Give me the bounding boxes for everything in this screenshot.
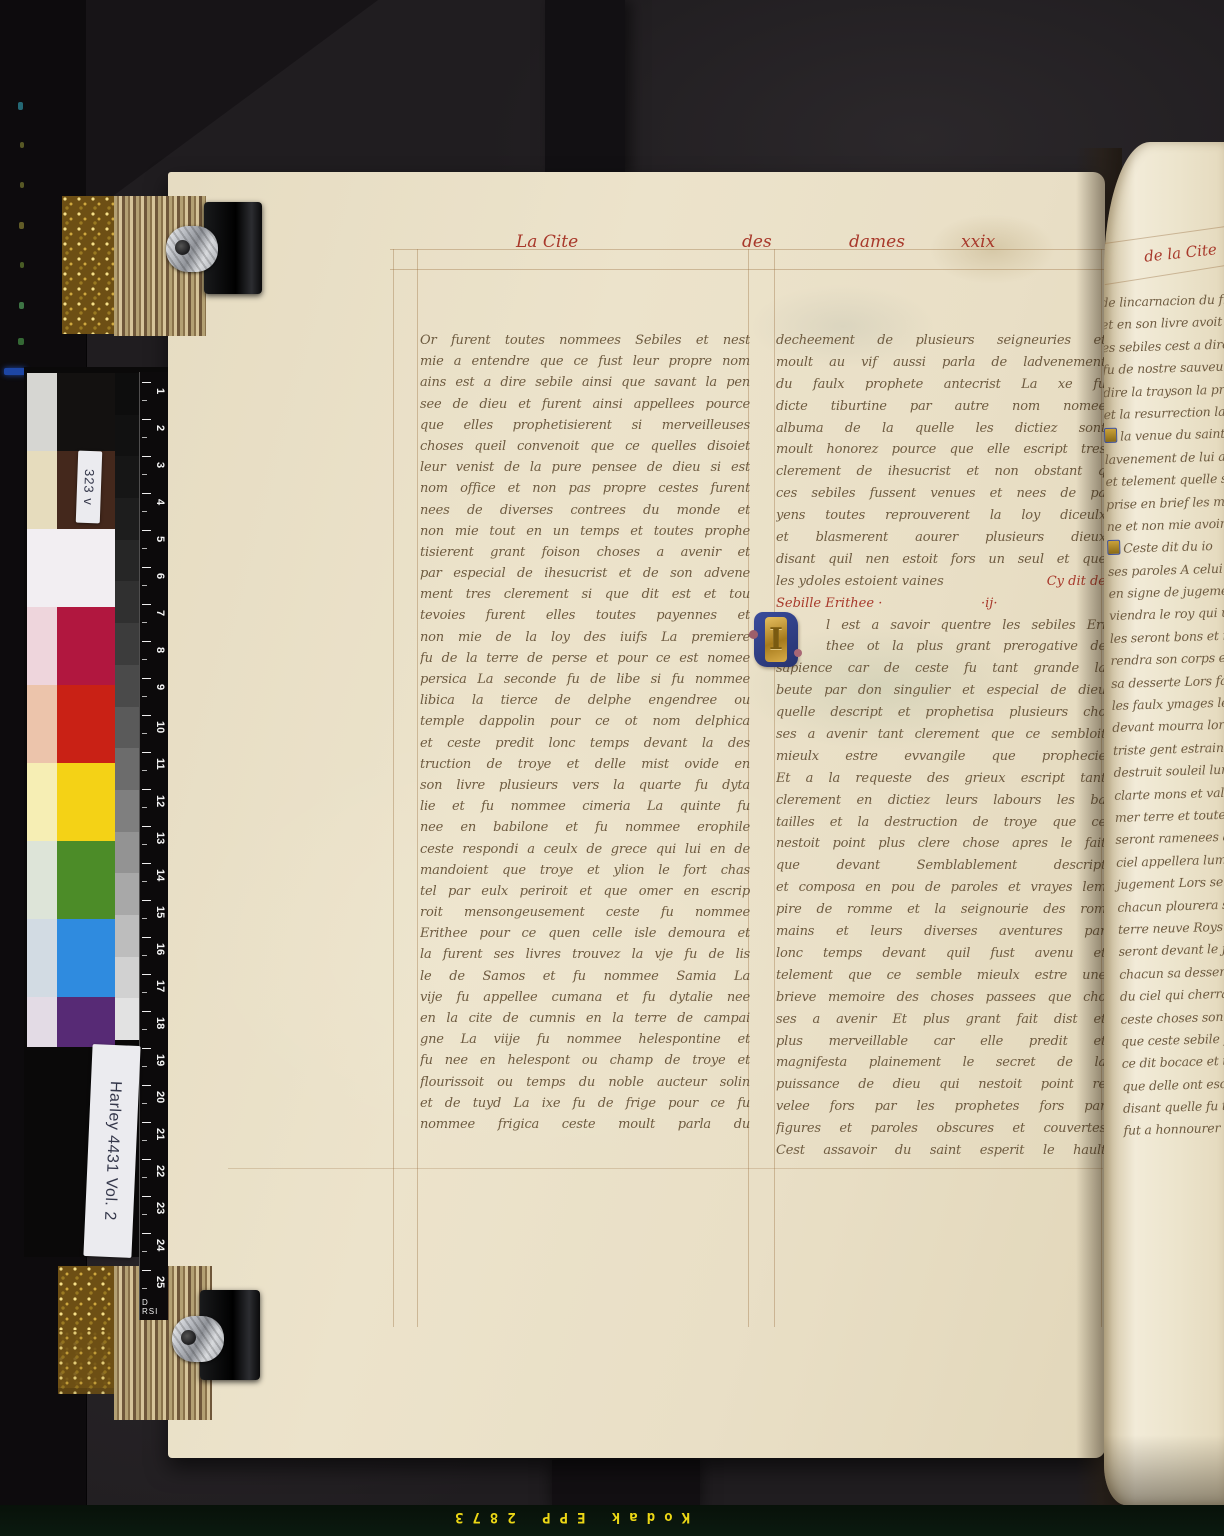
paragraph-indented-lines: l est a savoir quentre les sebiles Erith… bbox=[776, 615, 1105, 659]
ruler-tick-unit: 18 bbox=[140, 1011, 168, 1048]
illuminated-initial-I: I bbox=[754, 612, 798, 667]
text-line: et composa en pou de paroles et vrayes l… bbox=[776, 877, 1105, 899]
text-line-fragment: dire la trayson la prise les m bbox=[1104, 380, 1224, 400]
ruler-tick-unit: 22 bbox=[140, 1159, 168, 1196]
ruler-tick-unit: 13 bbox=[140, 826, 168, 863]
text-line-fragment: chacun sa desserte feu d bbox=[1119, 962, 1224, 981]
grayscale-step bbox=[115, 832, 139, 874]
text-line: tisierent grant foison choses a avenir e… bbox=[420, 542, 750, 563]
text-line-fragment: et la resurrection la vi bbox=[1104, 403, 1224, 422]
text-line: seront devant le juge bbox=[1118, 937, 1224, 963]
text-line-fragment: de lincarnacion du filz de dieu bbox=[1104, 290, 1224, 310]
film-edge-marking bbox=[20, 142, 24, 148]
text-line: telement que ce semble mieulx estre une bbox=[776, 965, 1105, 987]
text-line: sa desserte Lors faudront bbox=[1111, 669, 1224, 695]
color-patch-pastel bbox=[27, 373, 57, 451]
text-line: gne La viije fu nommee helespontine et bbox=[420, 1029, 750, 1050]
ruler-tick-unit: 11 bbox=[140, 752, 168, 789]
color-patch-saturated bbox=[57, 373, 115, 451]
text-line-fragment: viendra le roy qui ungeint te bbox=[1109, 604, 1224, 624]
chapter-paragraph: I l est a savoir quentre les sebiles Eri… bbox=[776, 615, 1105, 1162]
text-line: Ceste dit du io bbox=[1107, 534, 1224, 560]
text-line-fragment: ses paroles A celui tre bbox=[1108, 560, 1224, 579]
text-line: beute par don singulier et especial de d… bbox=[776, 680, 1105, 702]
text-line: ses a avenir tant clerement que ce sembl… bbox=[776, 724, 1105, 746]
film-edge-marking bbox=[18, 102, 23, 110]
ruler-tick-unit: 20 bbox=[140, 1085, 168, 1122]
film-edge-marking bbox=[20, 262, 24, 268]
text-line: mandoient que troye et ylion le fort cha… bbox=[420, 860, 750, 881]
color-patch-row bbox=[27, 373, 115, 451]
kodak-film-strip: Kodak EPP 2873 bbox=[0, 1505, 1224, 1536]
text-line-fragment: sa desserte Lors faudront bbox=[1111, 671, 1224, 690]
text-line: fu de la terre de perse et pour ce est n… bbox=[420, 648, 750, 669]
ruler-number: 19 bbox=[154, 1054, 166, 1066]
ruler-tick-unit: 3 bbox=[140, 456, 168, 493]
text-line: mie a entendre que ce fust leur propre n… bbox=[420, 351, 750, 372]
text-line: fu nee en helespont ou champ de troye et bbox=[420, 1050, 750, 1071]
grayscale-step bbox=[115, 790, 139, 832]
text-line: ne et non mie avoir pres bbox=[1106, 512, 1224, 538]
film-edge-marking bbox=[20, 182, 24, 188]
text-line: dicte tiburtine par autre nom nomee bbox=[776, 396, 1105, 418]
text-line: ceste respondi a ceulx de grece qui lui … bbox=[420, 839, 750, 860]
rubric-heading-text: Sebille Erithee · bbox=[776, 596, 882, 611]
color-patch-saturated bbox=[57, 919, 115, 997]
color-patch-row bbox=[27, 763, 115, 841]
text-line-fragment: rendra son corps et chacun a bbox=[1110, 648, 1224, 668]
text-line: et ceste predit lonc temps devant la des bbox=[420, 733, 750, 754]
text-line-fragment: seront ramenees a esgale bbox=[1115, 828, 1224, 847]
text-line: persica La seconde fu de libe si fu nomm… bbox=[420, 669, 750, 690]
running-header-word: xxix bbox=[961, 232, 995, 252]
text-line-fragment: disant quelle fu tres amee de bbox=[1123, 1096, 1224, 1116]
text-line: Or furent toutes nommees Sebiles et nest bbox=[420, 330, 750, 351]
grayscale-step bbox=[115, 873, 139, 915]
ruler-tick-unit: 14 bbox=[140, 863, 168, 900]
ruler-number: 12 bbox=[154, 795, 166, 807]
color-patch-saturated bbox=[57, 529, 115, 607]
text-line-fragment: ceste choses sont contenues en bbox=[1120, 1006, 1224, 1026]
ruler-number: 21 bbox=[154, 1128, 166, 1140]
grayscale-step bbox=[115, 415, 139, 457]
text-line: mieulx estre evvangile que prophecie bbox=[776, 746, 1105, 768]
gold-tooled-binding-top bbox=[62, 196, 116, 334]
text-line: tailles et la destruction de troye que c… bbox=[776, 812, 1105, 834]
text-line-fragment: et telement quelle semb bbox=[1105, 470, 1224, 489]
text-line: truction de troye et delle mist ovide en bbox=[420, 754, 750, 775]
ruler-number: 23 bbox=[154, 1202, 166, 1214]
text-line: mer terre et toutes c bbox=[1115, 803, 1224, 829]
ruler-number: 4 bbox=[154, 499, 166, 505]
text-line: chacun sa desserte feu d bbox=[1119, 960, 1224, 986]
text-line: non mie tout en un temps et toutes proph… bbox=[420, 521, 750, 542]
ruling-line-col1-left bbox=[417, 249, 418, 1327]
text-line: mains et leurs diverses aventures par bbox=[776, 921, 1105, 943]
text-line: chacun plourera sa folie et bbox=[1117, 893, 1224, 919]
running-header-word: dames bbox=[849, 232, 905, 252]
ruling-line-frame-left bbox=[393, 249, 394, 1327]
text-line: ce dit bocace et tous autres bbox=[1121, 1049, 1224, 1075]
text-line-fragment: les ydoles estoient vaines bbox=[776, 571, 944, 593]
text-line: triste gent estraindront bbox=[1113, 736, 1224, 762]
text-line: viendra le roy qui ungeint te bbox=[1109, 602, 1224, 628]
text-line: ment tres clerement si que dit est et to… bbox=[420, 584, 750, 605]
grayscale-step bbox=[115, 581, 139, 623]
text-line: la furent ses livres trouvez la vje fu d… bbox=[420, 944, 750, 965]
text-line: tel par eulx periroit et que omer en esc… bbox=[420, 881, 750, 902]
text-line-fragment: Ceste dit du io bbox=[1123, 538, 1213, 555]
text-line: ses a avenir Et plus grant fait dist et bbox=[776, 1009, 1105, 1031]
ruler-number: 1 bbox=[154, 388, 166, 394]
ruler-number: 16 bbox=[154, 943, 166, 955]
text-line-fragment: ce dit bocace et tous autres bbox=[1121, 1051, 1224, 1071]
text-line-fragment: es sebiles cest a dire en latin bbox=[1104, 335, 1224, 355]
text-line: plus merveillable car elle predit et bbox=[776, 1031, 1105, 1053]
grayscale-step bbox=[115, 498, 139, 540]
color-patch-pastel bbox=[27, 607, 57, 685]
ruler-number: 6 bbox=[154, 573, 166, 579]
ruler-scale: 1 2 3 4 5 6 7 8 9 10 11 12 13 14 15 bbox=[140, 382, 168, 1307]
ruler-number: 22 bbox=[154, 1165, 166, 1177]
measurement-ruler: 1 2 3 4 5 6 7 8 9 10 11 12 13 14 15 bbox=[139, 372, 168, 1320]
ruler-number: 17 bbox=[154, 980, 166, 992]
color-calibration-target bbox=[27, 373, 115, 1047]
text-line-fragment: destruit souleil lune et bbox=[1113, 761, 1224, 780]
film-edge-marking bbox=[4, 368, 26, 375]
text-line: clerement de ihesucrist et non obstant q bbox=[776, 461, 1105, 483]
text-line-fragment: triste gent estraindront bbox=[1113, 739, 1224, 758]
illuminated-initial-letter: I bbox=[765, 617, 787, 662]
text-line: lie et fu nommee cimeria La quinte fu bbox=[420, 796, 750, 817]
text-line: prise en brief les mistere bbox=[1106, 490, 1224, 516]
text-line-fragment: en signe de jugement sue bbox=[1108, 582, 1224, 601]
text-line: ains est a dire sebile ainsi que savant … bbox=[420, 372, 750, 393]
ruler-number: 11 bbox=[154, 758, 166, 770]
text-line: Et a la requeste des grieux escript tant bbox=[776, 768, 1105, 790]
binder-clip-handle-bottom bbox=[172, 1316, 224, 1362]
ruler-tick-unit: 2 bbox=[140, 419, 168, 456]
text-line: que ceste sebile fist pour les bbox=[1121, 1027, 1224, 1053]
text-line: quelle descript et prophetisa plusieurs … bbox=[776, 702, 1105, 724]
text-line-fragment: la venue du saint esp bbox=[1120, 425, 1224, 444]
ruler-tick-unit: 10 bbox=[140, 715, 168, 752]
text-line: albuma de la quelle les dictiez sont bbox=[776, 418, 1105, 440]
grayscale-step bbox=[115, 623, 139, 665]
illuminated-initial-small bbox=[1104, 428, 1117, 443]
felt-background-strap-top bbox=[545, 0, 625, 178]
text-line: leur venist de la pure pensee de dieu si… bbox=[420, 457, 750, 478]
ruler-tick-unit: 7 bbox=[140, 604, 168, 641]
ruling-line-right-header2 bbox=[1105, 264, 1224, 285]
text-line: jugement Lors sera gr bbox=[1116, 870, 1224, 896]
text-line-fragment: mer terre et toutes c bbox=[1115, 806, 1224, 825]
color-patch-row bbox=[27, 529, 115, 607]
ruler-number: 8 bbox=[154, 647, 166, 653]
text-line: ceste choses sont contenues en bbox=[1120, 1004, 1224, 1030]
film-edge-marking bbox=[19, 222, 24, 229]
color-patch-saturated bbox=[57, 763, 115, 841]
text-line: nees de diverses contrees du monde et bbox=[420, 500, 750, 521]
ruler-tick-unit: 21 bbox=[140, 1122, 168, 1159]
text-line-fragment: fut a honnourer plus q au bbox=[1123, 1119, 1224, 1138]
color-patch-row bbox=[27, 607, 115, 685]
text-line: disant quil nen estoit fors un seul et q… bbox=[776, 549, 1105, 571]
color-patch-saturated bbox=[57, 841, 115, 919]
text-line: et en son livre avoit escript Ih bbox=[1104, 311, 1224, 337]
text-line: lavenement de lui au bbox=[1105, 445, 1224, 471]
text-line: du ciel qui cherra en enf bbox=[1120, 982, 1224, 1008]
grayscale-step bbox=[115, 373, 139, 415]
text-line: en la cite de cumnis en la terre de camp… bbox=[420, 1008, 750, 1029]
text-line: choses queil convenoit que ce quelles di… bbox=[420, 436, 750, 457]
color-patch-row bbox=[27, 685, 115, 763]
ruler-tick-unit: 1 bbox=[140, 382, 168, 419]
text-line: Cest assavoir du saint esperit le hault bbox=[776, 1140, 1105, 1162]
ruler-number: 3 bbox=[154, 462, 166, 468]
color-patch-pastel bbox=[27, 841, 57, 919]
color-patch-pastel bbox=[27, 919, 57, 997]
color-patch-row bbox=[27, 919, 115, 997]
text-line: nommee frigica ceste moult parla du bbox=[420, 1114, 750, 1135]
text-line-fragment: que delle ont escript Le tier bbox=[1122, 1074, 1224, 1094]
text-line: l est a savoir quentre les sebiles Eri bbox=[776, 615, 1105, 637]
text-line-fragment: et en son livre avoit escript Ih bbox=[1104, 312, 1224, 332]
color-patch-pastel bbox=[27, 529, 57, 607]
ruler-number: 15 bbox=[154, 906, 166, 918]
ruler-number: 24 bbox=[154, 1239, 166, 1251]
felt-background-strap-bottom bbox=[552, 1460, 700, 1510]
ruler-number: 25 bbox=[154, 1276, 166, 1288]
text-line: moult au vif aussi parla de ladvenement bbox=[776, 352, 1105, 374]
grayscale-step bbox=[115, 998, 139, 1040]
text-line: puissance de dieu qui nestoit point re bbox=[776, 1074, 1105, 1096]
text-line: et de tuyd La ixe fu de frige pour ce fu bbox=[420, 1093, 750, 1114]
text-line-fragment: devant mourra lor bbox=[1112, 717, 1224, 735]
ruler-tick-unit: 17 bbox=[140, 974, 168, 1011]
text-line: disant quelle fu tres amee de bbox=[1123, 1094, 1224, 1120]
ruler-tick-unit: 12 bbox=[140, 789, 168, 826]
grayscale-step bbox=[115, 707, 139, 749]
text-column-right-page: de lincarnacion du filz de dieu et en so… bbox=[1104, 288, 1224, 1142]
grayscale-strip bbox=[115, 373, 139, 1040]
ruler-number: 7 bbox=[154, 610, 166, 616]
text-line: par especial de ihesucrist et de son adv… bbox=[420, 563, 750, 584]
text-line: que devant Semblablement descript bbox=[776, 855, 1105, 877]
ruler-tick-unit: 6 bbox=[140, 567, 168, 604]
text-line: le de Samos et fu nommee Samia La bbox=[420, 966, 750, 987]
text-line-with-rubric: les ydoles estoient vaines Cy dit de bbox=[776, 571, 1105, 593]
chapter-number: ·ij· bbox=[981, 593, 997, 615]
text-line: ces sebiles fussent venues et nees de pa bbox=[776, 483, 1105, 505]
grayscale-step bbox=[115, 540, 139, 582]
text-line: clerement en dictiez leurs labours les b… bbox=[776, 790, 1105, 812]
text-line: seront ramenees a esgale bbox=[1115, 825, 1224, 851]
ruler-number: 18 bbox=[154, 1017, 166, 1029]
film-edge-marking bbox=[18, 338, 24, 345]
text-line-fragment: terre neuve Roys princes bbox=[1118, 918, 1224, 937]
ruler-number: 10 bbox=[154, 721, 166, 733]
text-line-fragment: chacun plourera sa folie et bbox=[1117, 895, 1224, 915]
text-line-fragment: les seront bons et mauvais bbox=[1110, 626, 1224, 646]
text-line: temple dappolin pour ce ot nom delphica bbox=[420, 711, 750, 732]
text-line: que elles prophetisierent si merveilleus… bbox=[420, 415, 750, 436]
text-line: es sebiles cest a dire en latin bbox=[1104, 333, 1224, 359]
text-line: non mie de la loy des iuifs La premiere bbox=[420, 627, 750, 648]
ruler-tick-unit: 15 bbox=[140, 900, 168, 937]
color-patch-pastel bbox=[27, 763, 57, 841]
text-line: clarte mons et vallees bbox=[1114, 781, 1224, 807]
text-line: flourissoit ou temps du noble aucteur so… bbox=[420, 1072, 750, 1093]
color-patch-row bbox=[27, 841, 115, 919]
grayscale-step bbox=[115, 915, 139, 957]
ruler-number: 20 bbox=[154, 1091, 166, 1103]
text-line: sapience car de ceste fu tant grande la bbox=[776, 658, 1105, 680]
text-line: fut a honnourer plus q au bbox=[1123, 1116, 1224, 1142]
text-line-fragment: jugement Lors sera gr bbox=[1116, 873, 1224, 892]
text-line-fragment: que ceste sebile fist pour les bbox=[1121, 1029, 1224, 1049]
text-line: destruit souleil lune et bbox=[1113, 758, 1224, 784]
shelfmark-label: Harley 4431 Vol. 2 bbox=[83, 1044, 140, 1258]
grayscale-step bbox=[115, 665, 139, 707]
text-line: Erithee pour ce quen celle isle demoura … bbox=[420, 923, 750, 944]
color-patch-row bbox=[27, 997, 115, 1047]
ruler-number: 5 bbox=[154, 536, 166, 542]
text-line: decheement de plusieurs seigneuries et bbox=[776, 330, 1105, 352]
text-column-1: Or furent toutes nommees Sebiles et nest… bbox=[420, 330, 750, 1135]
running-header-word: La Cite bbox=[516, 232, 578, 252]
text-line: nom office et non pas propre cestes fure… bbox=[420, 478, 750, 499]
text-line-fragment: prise en brief les mistere bbox=[1106, 492, 1224, 511]
folio-number-label: 323 v bbox=[76, 451, 102, 524]
running-header: La Citedesdamesxxix bbox=[168, 232, 1105, 258]
text-column-2-top: decheement de plusieurs seigneuries etmo… bbox=[776, 330, 1105, 571]
ruler-tick-unit: 16 bbox=[140, 937, 168, 974]
film-edge-marking bbox=[19, 302, 24, 309]
text-line: du faulx prophete antecrist La xe fu bbox=[776, 374, 1105, 396]
text-line: figures et paroles obscures et couvertes bbox=[776, 1118, 1105, 1140]
ruler-tick-unit: 24 bbox=[140, 1233, 168, 1270]
text-line: fu de nostre sauveur La vie et bbox=[1104, 355, 1224, 381]
text-line-fragment: fu de nostre sauveur La vie et bbox=[1104, 357, 1224, 377]
grayscale-step bbox=[115, 748, 139, 790]
paragraph-lines: sapience car de ceste fu tant grande lab… bbox=[776, 658, 1105, 1161]
illuminated-initial-small bbox=[1107, 540, 1120, 555]
ruler-number: 14 bbox=[154, 869, 166, 881]
text-line-fragment: lavenement de lui au bbox=[1105, 448, 1224, 467]
text-line: la venue du saint esp bbox=[1104, 423, 1224, 449]
ruler-tick-unit: 23 bbox=[140, 1196, 168, 1233]
text-line: et la resurrection la vi bbox=[1104, 400, 1224, 426]
text-line: nestoit point plus clere chose apres le … bbox=[776, 833, 1105, 855]
ruler-tick-unit: 8 bbox=[140, 641, 168, 678]
text-column-2: decheement de plusieurs seigneuries etmo… bbox=[776, 330, 1105, 1162]
text-line-fragment: ne et non mie avoir pres bbox=[1106, 515, 1224, 534]
grayscale-step bbox=[115, 456, 139, 498]
ruling-line-bottom bbox=[228, 1168, 1103, 1169]
kodak-film-label: Kodak EPP 2873 bbox=[318, 1509, 818, 1525]
text-line: ses paroles A celui tre bbox=[1108, 557, 1224, 583]
grayscale-step bbox=[115, 957, 139, 999]
text-line: see de dieu et furent ainsi appellees po… bbox=[420, 394, 750, 415]
text-line: lonc temps devant quil fust avenu et bbox=[776, 943, 1105, 965]
ruler-number: 2 bbox=[154, 425, 166, 431]
text-line: ciel appellera lumaine bbox=[1116, 848, 1224, 874]
text-line: pire de romme et la seignourie des rom bbox=[776, 899, 1105, 921]
color-patch-saturated bbox=[57, 607, 115, 685]
ruling-line-col2-left bbox=[774, 249, 775, 1327]
ruler-tick-unit: 19 bbox=[140, 1048, 168, 1085]
running-header-word: des bbox=[742, 232, 772, 252]
text-line-fragment: ciel appellera lumaine bbox=[1116, 851, 1224, 870]
text-line: vije fu appellee cumana et fu dytalie ne… bbox=[420, 987, 750, 1008]
color-patch-pastel bbox=[27, 451, 57, 529]
ruler-tick-unit: 9 bbox=[140, 678, 168, 715]
text-line: yens toutes reprouverent la loy diceulx bbox=[776, 505, 1105, 527]
ruler-number: 13 bbox=[154, 832, 166, 844]
text-line: moult honorez pource que elle escript tr… bbox=[776, 439, 1105, 461]
color-patch-saturated bbox=[57, 997, 115, 1047]
color-patch-pastel bbox=[27, 685, 57, 763]
text-line: tevoies furent elles toutes payennes et bbox=[420, 605, 750, 626]
manuscript-page-right-partial: de la Cite de lincarnacion du filz de di… bbox=[1104, 142, 1224, 1505]
text-line-fragment: les faulx ymages le feu ser bbox=[1111, 693, 1224, 713]
color-patch-saturated bbox=[57, 685, 115, 763]
rubric-heading: Sebille Erithee · ·ij· bbox=[776, 593, 1105, 615]
ruler-tick-unit: 4 bbox=[140, 493, 168, 530]
photo-of-manuscript: { "film": { "kodak_label": "Kodak EPP 28… bbox=[0, 0, 1224, 1536]
running-header-right: de la Cite bbox=[1143, 240, 1217, 266]
binder-clip-handle-top bbox=[166, 226, 218, 272]
manuscript-page-left-folio-323v: La Citedesdamesxxix Or furent toutes nom… bbox=[168, 172, 1105, 1458]
text-line: libica la tierce de delphe engendree ou bbox=[420, 690, 750, 711]
text-line: brieve memoire des choses passees que ch… bbox=[776, 987, 1105, 1009]
text-line: terre neuve Roys princes bbox=[1118, 915, 1224, 941]
ruler-number: 9 bbox=[154, 684, 166, 690]
text-line: magnifesta plainement le secret de la bbox=[776, 1052, 1105, 1074]
text-line-fragment: seront devant le juge bbox=[1118, 941, 1224, 960]
text-line: et telement quelle semb bbox=[1105, 467, 1224, 493]
text-line: que delle ont escript Le tier bbox=[1122, 1072, 1224, 1098]
text-line: les faulx ymages le feu ser bbox=[1111, 691, 1224, 717]
text-line: les seront bons et mauvais bbox=[1110, 624, 1224, 650]
text-line: nee en babilone et fu nommee erophile bbox=[420, 817, 750, 838]
text-line: thee ot la plus grant prerogative de bbox=[776, 636, 1105, 658]
text-line-fragment: du ciel qui cherra en enf bbox=[1120, 985, 1224, 1004]
text-line: dire la trayson la prise les m bbox=[1104, 378, 1224, 404]
ruler-tick-unit: 5 bbox=[140, 530, 168, 567]
text-line-fragment: clarte mons et vallees bbox=[1114, 784, 1224, 803]
color-patch-pastel bbox=[27, 997, 57, 1047]
text-line: son livre plusieurs vers la quarte fu dy… bbox=[420, 775, 750, 796]
text-line: velee fors par les prophetes fors par bbox=[776, 1096, 1105, 1118]
text-line: devant mourra lor bbox=[1112, 713, 1224, 739]
ruler-footer-text: D RSI bbox=[142, 1298, 168, 1316]
text-line: roit mensongeusement ceste fu nommee bbox=[420, 902, 750, 923]
text-line: et blasmerent aourer plusieurs dieux bbox=[776, 527, 1105, 549]
text-line: rendra son corps et chacun a bbox=[1110, 646, 1224, 672]
text-line: en signe de jugement sue bbox=[1108, 579, 1224, 605]
